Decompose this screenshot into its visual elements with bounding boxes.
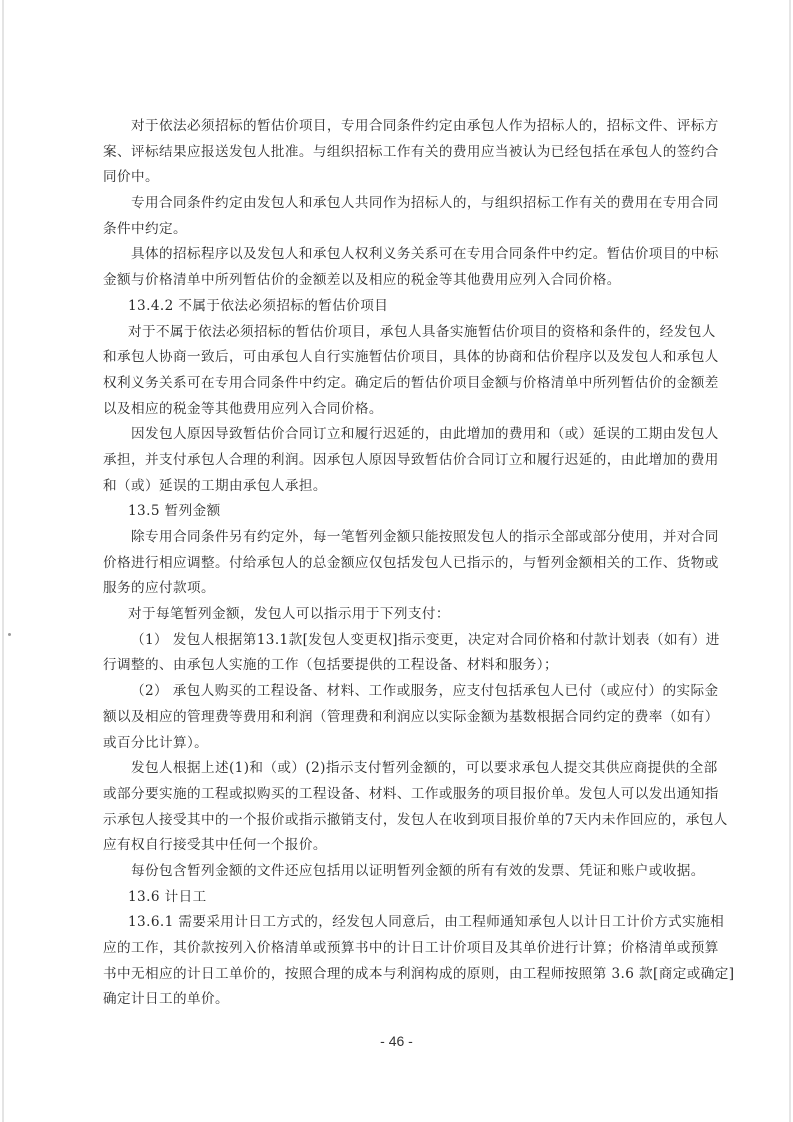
scan-speck [8, 633, 11, 636]
text-line: 具体的招标程序以及发包人和承包人权利义务关系可在专用合同条件中约定。暂估价项目的… [103, 242, 693, 268]
text-line: 确定计日工的单价。 [103, 987, 693, 1013]
scan-edge-left [2, 0, 4, 1122]
page-number: - 46 - [0, 1033, 793, 1049]
text-line: 权利义务关系可在专用合同条件中约定。确定后的暂估价项目金额与价格清单中所列暂估价… [103, 371, 693, 397]
text-line: 除专用合同条件另有约定外，每一笔暂列金额只能按照发包人的指示全部或部分使用，并对… [103, 525, 693, 551]
text-line: 价格进行相应调整。付给承包人的总金额应仅包括发包人已指示的，与暂列金额相关的工作… [103, 551, 693, 577]
scan-edge-right [789, 0, 791, 1122]
text-line: 和（或）延误的工期由承包人承担。 [103, 474, 693, 500]
section-heading-13-4-2: 13.4.2 不属于依法必须招标的暂估价项目 [103, 294, 693, 320]
text-line: 书中无相应的计日工单价的，按照合理的成本与利润构成的原则，由工程师按照第 3.6… [103, 962, 693, 988]
text-line: 和承包人协商一致后，可由承包人自行实施暂估价项目，具体的协商和估价程序以及发包人… [103, 345, 693, 371]
text-line: 同价中。 [103, 165, 693, 191]
text-line: 因发包人原因导致暂估价合同订立和履行迟延的，由此增加的费用和（或）延误的工期由发… [103, 422, 693, 448]
text-line: 额以及相应的管理费等费用和利润（管理费和利润应以实际金额为基数根据合同约定的费率… [103, 705, 693, 731]
list-item-1: （1） 发包人根据第13.1款[发包人变更权]指示变更，决定对合同价格和付款计划… [103, 628, 693, 654]
text-line: 以及相应的税金等其他费用应列入合同价格。 [103, 397, 693, 423]
text-line: 示承包人接受其中的一个报价或指示撤销支付，发包人在收到项目报价单的7天内未作回应… [103, 808, 693, 834]
text-line: 服务的应付款项。 [103, 576, 693, 602]
section-heading-13-5: 13.5 暂列金额 [103, 499, 693, 525]
text-line: 13.6.1 需要采用计日工方式的，经发包人同意后，由工程师通知承包人以计日工计… [103, 910, 693, 936]
text-line: 或百分比计算）。 [103, 731, 693, 757]
text-line: 金额与价格清单中所列暂估价的金额差以及相应的税金等其他费用应列入合同价格。 [103, 268, 693, 294]
text-line: 对于依法必须招标的暂估价项目，专用合同条件约定由承包人作为招标人的，招标文件、评… [103, 114, 693, 140]
section-heading-13-6: 13.6 计日工 [103, 885, 693, 911]
text-line: 专用合同条件约定由发包人和承包人共同作为招标人的，与组织招标工作有关的费用在专用… [103, 191, 693, 217]
text-line: 或部分要实施的工程或拟购买的工程设备、材料、工作或服务的项目报价单。发包人可以发… [103, 782, 693, 808]
text-line: 对于每笔暂列金额，发包人可以指示用于下列支付： [103, 602, 693, 628]
text-line: 发包人根据上述(1)和（或）(2)指示支付暂列金额的，可以要求承包人提交其供应商… [103, 756, 693, 782]
text-line: 行调整的、由承包人实施的工作（包括要提供的工程设备、材料和服务）； [103, 653, 693, 679]
list-item-2: （2） 承包人购买的工程设备、材料、工作或服务，应支付包括承包人已付（或应付）的… [103, 679, 693, 705]
text-line: 应有权自行接受其中任何一个报价。 [103, 833, 693, 859]
page-body: 对于依法必须招标的暂估价项目，专用合同条件约定由承包人作为招标人的，招标文件、评… [103, 114, 693, 1013]
text-line: 每份包含暂列金额的文件还应包括用以证明暂列金额的所有有效的发票、凭证和账户或收据… [103, 859, 693, 885]
text-line: 承担，并支付承包人合理的利润。因承包人原因导致暂估价合同订立和履行迟延的，由此增… [103, 448, 693, 474]
text-line: 应的工作，其价款按列入价格清单或预算书中的计日工计价项目及其单价进行计算；价格清… [103, 936, 693, 962]
text-line: 对于不属于依法必须招标的暂估价项目，承包人具备实施暂估价项目的资格和条件的，经发… [103, 320, 693, 346]
text-line: 案、评标结果应报送发包人批准。与组织招标工作有关的费用应当被认为已经包括在承包人… [103, 140, 693, 166]
text-line: 条件中约定。 [103, 217, 693, 243]
